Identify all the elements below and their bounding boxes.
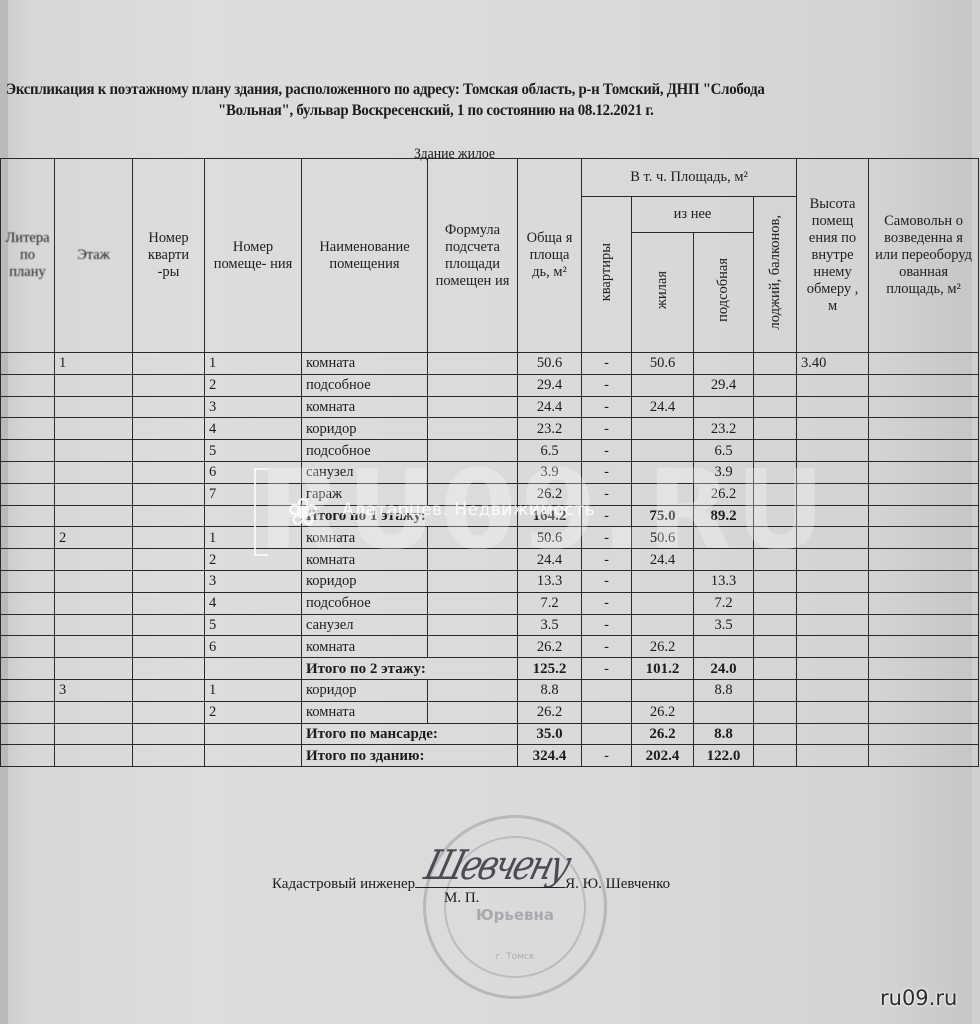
litera-cell (1, 549, 55, 571)
floor-cell (55, 745, 133, 767)
unauthorized-cell (869, 679, 979, 701)
table-row: 7гараж26.2-26.2 (1, 483, 979, 505)
room-no-cell: 3 (205, 570, 302, 592)
litera-cell (1, 374, 55, 396)
room-name-cell: Итого по 1 этажу: (302, 505, 518, 527)
apartment-no-cell (133, 636, 205, 658)
loggias-cell (754, 701, 797, 723)
room-no-cell: 2 (205, 374, 302, 396)
total-area-cell: 6.5 (518, 440, 582, 462)
living-cell (632, 570, 694, 592)
total-area-cell: 3.5 (518, 614, 582, 636)
living-cell (632, 483, 694, 505)
total-area-cell: 3.9 (518, 461, 582, 483)
living-cell (632, 679, 694, 701)
total-area-cell: 29.4 (518, 374, 582, 396)
living-cell: 26.2 (632, 701, 694, 723)
total-area-cell: 26.2 (518, 483, 582, 505)
loggias-cell (754, 505, 797, 527)
room-no-cell: 6 (205, 461, 302, 483)
header-floor: Этаж (55, 159, 133, 353)
room-no-cell: 1 (205, 527, 302, 549)
unauthorized-cell (869, 527, 979, 549)
auxiliary-cell (694, 549, 754, 571)
unauthorized-cell (869, 658, 979, 680)
loggias-cell (754, 745, 797, 767)
signature-underline (415, 873, 565, 888)
height-cell (797, 636, 869, 658)
total-area-cell: 164.2 (518, 505, 582, 527)
table-row: 31коридор8.88.8 (1, 679, 979, 701)
living-cell (632, 374, 694, 396)
height-cell (797, 505, 869, 527)
table-row: 5подсобное6.5-6.5 (1, 440, 979, 462)
living-cell: 50.6 (632, 527, 694, 549)
litera-cell (1, 658, 55, 680)
room-name-cell: Итого по зданию: (302, 745, 518, 767)
loggias-cell (754, 679, 797, 701)
room-no-cell: 4 (205, 592, 302, 614)
floor-cell (55, 396, 133, 418)
room-name-cell: подсобное (302, 592, 428, 614)
unauthorized-cell (869, 505, 979, 527)
apartment-no-cell (133, 745, 205, 767)
formula-cell (428, 461, 518, 483)
table-row: 2комната26.226.2 (1, 701, 979, 723)
unauthorized-cell (869, 418, 979, 440)
table-row: 6комната26.2-26.2 (1, 636, 979, 658)
formula-cell (428, 440, 518, 462)
apartment-no-cell (133, 461, 205, 483)
apartment-no-cell (133, 353, 205, 375)
table-row: 4подсобное7.2-7.2 (1, 592, 979, 614)
apartment-no-cell (133, 658, 205, 680)
height-cell (797, 527, 869, 549)
unauthorized-cell (869, 723, 979, 745)
apartment-no-cell (133, 505, 205, 527)
unauthorized-cell (869, 353, 979, 375)
header-litera: Литера по плану (1, 159, 55, 353)
height-cell (797, 483, 869, 505)
living-cell: 202.4 (632, 745, 694, 767)
living-cell (632, 418, 694, 440)
apartments-cell: - (582, 396, 632, 418)
total-area-cell: 26.2 (518, 701, 582, 723)
unauthorized-cell (869, 396, 979, 418)
title-line-1: Экспликация к поэтажному плану здания, р… (6, 79, 908, 100)
header-apartments: квартиры (582, 197, 632, 353)
total-area-cell: 324.4 (518, 745, 582, 767)
room-name-cell: коридор (302, 679, 428, 701)
apartment-no-cell (133, 723, 205, 745)
litera-cell (1, 505, 55, 527)
apartments-cell: - (582, 461, 632, 483)
auxiliary-cell (694, 636, 754, 658)
apartment-no-cell (133, 679, 205, 701)
height-cell (797, 701, 869, 723)
living-cell: 101.2 (632, 658, 694, 680)
floor-cell (55, 440, 133, 462)
auxiliary-cell (694, 396, 754, 418)
litera-cell (1, 723, 55, 745)
title-line-2: "Вольная", бульвар Воскресенский, 1 по с… (6, 100, 908, 121)
room-name-cell: комната (302, 527, 428, 549)
litera-cell (1, 614, 55, 636)
loggias-cell (754, 658, 797, 680)
auxiliary-cell: 13.3 (694, 570, 754, 592)
apartment-no-cell (133, 396, 205, 418)
litera-cell (1, 592, 55, 614)
total-area-cell: 26.2 (518, 636, 582, 658)
stamp-city: г. Томск (426, 952, 604, 962)
room-name-cell: комната (302, 549, 428, 571)
floor-cell (55, 549, 133, 571)
table-row: 3комната24.4-24.4 (1, 396, 979, 418)
height-cell (797, 570, 869, 592)
apartments-cell: - (582, 658, 632, 680)
room-name-cell: комната (302, 396, 428, 418)
apartments-cell (582, 679, 632, 701)
loggias-cell (754, 374, 797, 396)
apartments-cell: - (582, 505, 632, 527)
loggias-cell (754, 396, 797, 418)
auxiliary-cell: 8.8 (694, 679, 754, 701)
living-cell (632, 592, 694, 614)
table-row: 4коридор23.2-23.2 (1, 418, 979, 440)
room-no-cell (205, 723, 302, 745)
room-name-cell: комната (302, 353, 428, 375)
living-cell (632, 614, 694, 636)
height-cell (797, 461, 869, 483)
apartments-cell: - (582, 549, 632, 571)
header-incl-area: В т. ч. Площадь, м² (582, 159, 797, 197)
auxiliary-cell: 8.8 (694, 723, 754, 745)
litera-cell (1, 483, 55, 505)
apartments-cell: - (582, 636, 632, 658)
floor-cell (55, 636, 133, 658)
footer-brand: ru09.ru (880, 986, 957, 1010)
room-name-cell: комната (302, 636, 428, 658)
formula-cell (428, 483, 518, 505)
unauthorized-cell (869, 701, 979, 723)
header-room-name: Наименование помещения (302, 159, 428, 353)
litera-cell (1, 418, 55, 440)
room-no-cell: 4 (205, 418, 302, 440)
auxiliary-cell: 24.0 (694, 658, 754, 680)
total-area-cell: 50.6 (518, 353, 582, 375)
unauthorized-cell (869, 483, 979, 505)
room-no-cell: 3 (205, 396, 302, 418)
total-row: Итого по 1 этажу:164.2-75.089.2 (1, 505, 979, 527)
apartment-no-cell (133, 418, 205, 440)
auxiliary-cell: 122.0 (694, 745, 754, 767)
apartments-cell: - (582, 440, 632, 462)
auxiliary-cell (694, 353, 754, 375)
formula-cell (428, 549, 518, 571)
table-row: 6санузел3.9-3.9 (1, 461, 979, 483)
formula-cell (428, 353, 518, 375)
apartment-no-cell (133, 549, 205, 571)
room-name-cell: Итого по мансарде: (302, 723, 518, 745)
apartments-cell: - (582, 374, 632, 396)
loggias-cell (754, 483, 797, 505)
signer-role: Кадастровый инженер (272, 876, 415, 892)
room-no-cell: 5 (205, 614, 302, 636)
living-cell: 26.2 (632, 723, 694, 745)
litera-cell (1, 636, 55, 658)
apartments-cell: - (582, 353, 632, 375)
room-name-cell: комната (302, 701, 428, 723)
apartment-no-cell (133, 701, 205, 723)
unauthorized-cell (869, 745, 979, 767)
total-area-cell: 8.8 (518, 679, 582, 701)
apartments-cell: - (582, 614, 632, 636)
height-cell (797, 440, 869, 462)
height-cell: 3.40 (797, 353, 869, 375)
living-cell: 26.2 (632, 636, 694, 658)
apartment-no-cell (133, 374, 205, 396)
room-name-cell: санузел (302, 614, 428, 636)
formula-cell (428, 570, 518, 592)
apartment-no-cell (133, 527, 205, 549)
height-cell (797, 614, 869, 636)
total-row: Итого по мансарде:35.026.28.8 (1, 723, 979, 745)
loggias-cell (754, 440, 797, 462)
height-cell (797, 374, 869, 396)
table-row: 2комната24.4-24.4 (1, 549, 979, 571)
floor-cell (55, 570, 133, 592)
litera-cell (1, 701, 55, 723)
formula-cell (428, 701, 518, 723)
height-cell (797, 745, 869, 767)
total-area-cell: 24.4 (518, 549, 582, 571)
living-cell: 75.0 (632, 505, 694, 527)
floor-cell (55, 701, 133, 723)
room-no-cell: 6 (205, 636, 302, 658)
total-area-cell: 23.2 (518, 418, 582, 440)
total-area-cell: 13.3 (518, 570, 582, 592)
auxiliary-cell: 3.5 (694, 614, 754, 636)
floor-cell (55, 461, 133, 483)
litera-cell (1, 679, 55, 701)
unauthorized-cell (869, 636, 979, 658)
room-name-cell: санузел (302, 461, 428, 483)
total-area-cell: 7.2 (518, 592, 582, 614)
auxiliary-cell: 29.4 (694, 374, 754, 396)
formula-cell (428, 592, 518, 614)
apartments-cell: - (582, 745, 632, 767)
living-cell (632, 461, 694, 483)
table-row: 11комната50.6-50.63.40 (1, 353, 979, 375)
loggias-cell (754, 353, 797, 375)
header-height: Высота помещ ения по внутре ннему обмеру… (797, 159, 869, 353)
auxiliary-cell: 23.2 (694, 418, 754, 440)
header-living: жилая (632, 233, 694, 353)
header-formula: Формула подсчета площади помещен ия (428, 159, 518, 353)
loggias-cell (754, 570, 797, 592)
auxiliary-cell: 7.2 (694, 592, 754, 614)
room-name-cell: коридор (302, 418, 428, 440)
header-room-no: Номер помеще- ния (205, 159, 302, 353)
height-cell (797, 549, 869, 571)
litera-cell (1, 570, 55, 592)
height-cell (797, 592, 869, 614)
header-unauthorized: Самовольн о возведенна я или переоборуд … (869, 159, 979, 353)
apartment-no-cell (133, 592, 205, 614)
floor-cell: 3 (55, 679, 133, 701)
height-cell (797, 679, 869, 701)
apartments-cell: - (582, 483, 632, 505)
table-row: 5санузел3.5-3.5 (1, 614, 979, 636)
unauthorized-cell (869, 440, 979, 462)
room-no-cell: 2 (205, 549, 302, 571)
explication-table: Литера по плану Этаж Номер кварти -ры Но… (0, 158, 979, 767)
living-cell: 24.4 (632, 549, 694, 571)
room-name-cell: коридор (302, 570, 428, 592)
apartments-cell: - (582, 418, 632, 440)
loggias-cell (754, 723, 797, 745)
litera-cell (1, 396, 55, 418)
floor-cell: 2 (55, 527, 133, 549)
formula-cell (428, 374, 518, 396)
room-name-cell: подсобное (302, 374, 428, 396)
auxiliary-cell: 26.2 (694, 483, 754, 505)
apartments-cell (582, 723, 632, 745)
unauthorized-cell (869, 549, 979, 571)
apartment-no-cell (133, 483, 205, 505)
loggias-cell (754, 418, 797, 440)
document-title: Экспликация к поэтажному плану здания, р… (6, 79, 908, 121)
apartments-cell (582, 701, 632, 723)
height-cell (797, 723, 869, 745)
apartments-cell: - (582, 527, 632, 549)
height-cell (797, 418, 869, 440)
loggias-cell (754, 461, 797, 483)
loggias-cell (754, 527, 797, 549)
signer-name: Я. Ю. Шевченко (565, 876, 670, 892)
room-no-cell (205, 505, 302, 527)
litera-cell (1, 353, 55, 375)
room-name-cell: подсобное (302, 440, 428, 462)
formula-cell (428, 396, 518, 418)
auxiliary-cell: 3.9 (694, 461, 754, 483)
total-area-cell: 24.4 (518, 396, 582, 418)
litera-cell (1, 745, 55, 767)
room-no-cell: 7 (205, 483, 302, 505)
unauthorized-cell (869, 461, 979, 483)
floor-cell (55, 723, 133, 745)
header-loggias: лоджий, балконов, (754, 197, 797, 353)
stamp-name: Юрьевна (426, 906, 604, 924)
unauthorized-cell (869, 570, 979, 592)
apartment-no-cell (133, 614, 205, 636)
auxiliary-cell (694, 527, 754, 549)
loggias-cell (754, 636, 797, 658)
floor-cell (55, 483, 133, 505)
room-name-cell: гараж (302, 483, 428, 505)
total-area-cell: 50.6 (518, 527, 582, 549)
total-area-cell: 35.0 (518, 723, 582, 745)
living-cell: 50.6 (632, 353, 694, 375)
apartment-no-cell (133, 440, 205, 462)
floor-cell (55, 592, 133, 614)
floor-cell (55, 658, 133, 680)
room-no-cell: 1 (205, 679, 302, 701)
total-row: Итого по 2 этажу:125.2-101.224.0 (1, 658, 979, 680)
apartments-cell: - (582, 592, 632, 614)
room-no-cell (205, 658, 302, 680)
living-cell (632, 440, 694, 462)
formula-cell (428, 418, 518, 440)
header-auxiliary: подсобная (694, 233, 754, 353)
loggias-cell (754, 592, 797, 614)
height-cell (797, 396, 869, 418)
room-no-cell: 5 (205, 440, 302, 462)
apartments-cell: - (582, 570, 632, 592)
litera-cell (1, 527, 55, 549)
unauthorized-cell (869, 374, 979, 396)
height-cell (797, 658, 869, 680)
living-cell: 24.4 (632, 396, 694, 418)
loggias-cell (754, 549, 797, 571)
floor-cell (55, 418, 133, 440)
formula-cell (428, 679, 518, 701)
auxiliary-cell: 6.5 (694, 440, 754, 462)
unauthorized-cell (869, 592, 979, 614)
seal-mark: М. П. (444, 890, 479, 907)
table-row: 3коридор13.3-13.3 (1, 570, 979, 592)
auxiliary-cell: 89.2 (694, 505, 754, 527)
header-apartment-no: Номер кварти -ры (133, 159, 205, 353)
formula-cell (428, 527, 518, 549)
apartment-no-cell (133, 570, 205, 592)
loggias-cell (754, 614, 797, 636)
unauthorized-cell (869, 614, 979, 636)
floor-cell (55, 614, 133, 636)
total-row: Итого по зданию:324.4-202.4122.0 (1, 745, 979, 767)
room-name-cell: Итого по 2 этажу: (302, 658, 518, 680)
room-no-cell: 2 (205, 701, 302, 723)
formula-cell (428, 636, 518, 658)
floor-cell (55, 374, 133, 396)
room-no-cell: 1 (205, 353, 302, 375)
room-no-cell (205, 745, 302, 767)
header-of-which: из нее (632, 197, 754, 233)
auxiliary-cell (694, 701, 754, 723)
table-row: 21комната50.6-50.6 (1, 527, 979, 549)
formula-cell (428, 614, 518, 636)
floor-cell: 1 (55, 353, 133, 375)
floor-cell (55, 505, 133, 527)
header-total-area: Обща я площа дь, м² (518, 159, 582, 353)
litera-cell (1, 461, 55, 483)
litera-cell (1, 440, 55, 462)
table-row: 2подсобное29.4-29.4 (1, 374, 979, 396)
total-area-cell: 125.2 (518, 658, 582, 680)
